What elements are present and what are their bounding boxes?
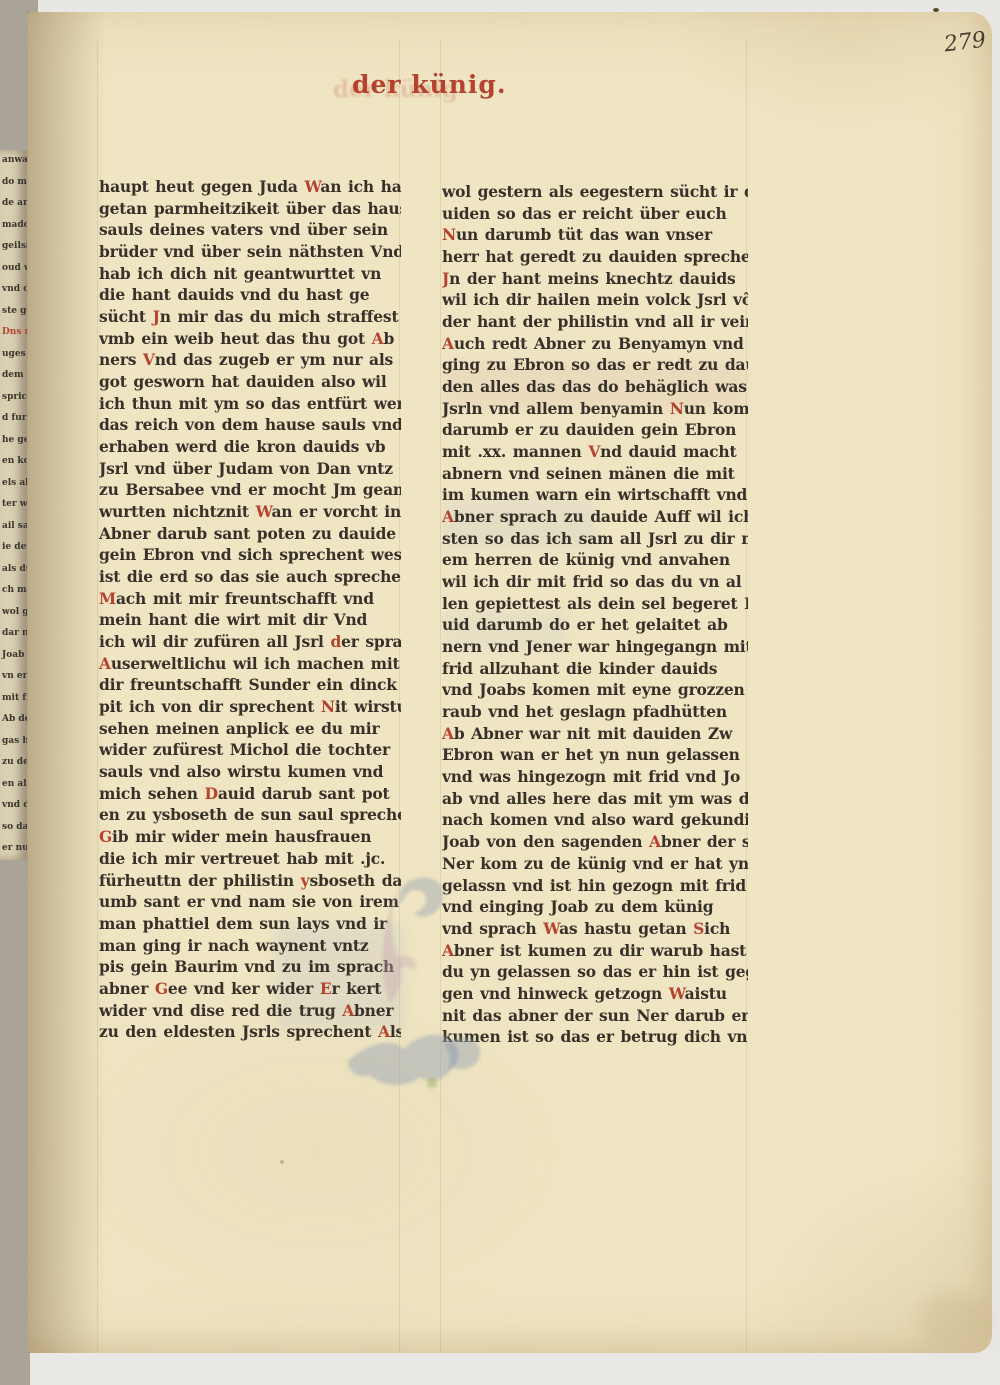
rubricated-letter: A [99, 654, 111, 673]
rubricated-letter: V [143, 350, 155, 369]
text-line: en konde [0, 451, 27, 473]
text-line: herr hat geredt zu dauiden sprechet [442, 246, 748, 268]
text-line: wurtten nichtznit Wan er vorcht in [99, 501, 401, 523]
rubric-heading: der künig. [352, 70, 507, 99]
manuscript-page: der künig der künig. 279 haupt heut gege… [28, 12, 992, 1353]
rubricated-letter: M [99, 589, 116, 608]
text-line: pit ich von dir sprechent Nit wirstu [99, 696, 401, 718]
text-line: Jn der hant meins knechtz dauids [442, 268, 748, 290]
text-line: im kumen warn ein wirtschafft vnd [442, 484, 748, 506]
text-line: vnd der [0, 795, 27, 817]
rubricated-letter: N [442, 225, 456, 244]
text-line: Abner darub sant poten zu dauide [99, 523, 401, 545]
ink-speck [933, 8, 939, 12]
text-line: sprichen [0, 387, 27, 409]
text-line: mich sehen Dauid darub sant pot [99, 783, 401, 805]
rubricated-letter: V [588, 442, 600, 461]
text-line: er nun [0, 838, 27, 860]
text-line: Abner sprach zu dauide Auff wil ich [442, 506, 748, 528]
rubricated-letter: E [320, 979, 332, 998]
text-line: gas hat [0, 731, 27, 753]
gutter-shadow [28, 12, 106, 1353]
text-line: Ab Abner war nit mit dauiden Zw [442, 723, 748, 745]
text-line: Ebron wan er het yn nun gelassen [442, 744, 748, 766]
text-line: ie dem [0, 537, 27, 559]
text-line: wol geta [0, 602, 27, 624]
text-line: geilss ort [0, 236, 27, 258]
rubricated-letter: W [256, 502, 272, 521]
rubricated-letter: S [693, 919, 704, 938]
manuscript-photo: anwan wdo mantde antemadolatgeilss ortou… [0, 0, 1000, 1385]
rubricated-letter: y [301, 871, 310, 890]
rubricated-letter: N [670, 399, 684, 418]
text-line: ners Vnd das zugeb er ym nur als [99, 349, 401, 371]
rubricated-letter: A [442, 334, 454, 353]
text-line: vnd was hingezogn mit frid vnd Jo [442, 766, 748, 788]
rubricated-letter: G [99, 827, 112, 846]
text-line: Ab des [0, 709, 27, 731]
text-line: Auch redt Abner zu Benyamyn vnd [442, 333, 748, 355]
text-line: wol gestern als eegestern sücht ir da [442, 181, 748, 203]
text-line: wider zufürest Michol die tochter [99, 739, 401, 761]
rubricated-letter: J [153, 307, 160, 326]
text-line: den alles das das do behäglich was [442, 376, 748, 398]
foliate-flourish-showthrough [340, 865, 500, 1115]
text-line: dem hail [0, 365, 27, 387]
text-line: vn er de [0, 666, 27, 688]
text-line: ail sam [0, 516, 27, 538]
text-line: uiden so das er reicht über euch [442, 203, 748, 225]
text-line: de ante [0, 193, 27, 215]
text-line: mit frid [0, 688, 27, 710]
text-line: das reich von dem hause sauls vnd [99, 414, 401, 436]
folio-number: 279 [943, 28, 988, 58]
text-line: got gesworn hat dauiden also wil [99, 371, 401, 393]
text-line: do mant [0, 172, 27, 194]
text-line: darumb er zu dauiden gein Ebron [442, 419, 748, 441]
text-line: em herren de künig vnd anvahen [442, 549, 748, 571]
text-line: ich thun mit ym so das entfürt werd [99, 393, 401, 415]
text-line: en zu ysboseth de sun saul sprechet [99, 804, 401, 826]
text-line: Joab sp [0, 645, 27, 667]
text-line: so das [0, 817, 27, 839]
rubricated-letter: D [205, 784, 218, 803]
text-line: nern vnd Jener war hingegangn mit [442, 636, 748, 658]
text-line: els abid [0, 473, 27, 495]
book-edge-bottom [30, 1352, 1000, 1385]
rubricated-letter: A [442, 507, 454, 526]
text-line: ter wid [0, 494, 27, 516]
text-line: Joab von den sagenden Abner der sun [442, 831, 748, 853]
text-line: Nun darumb tüt das wan vnser [442, 224, 748, 246]
stain-blotch [918, 1292, 988, 1347]
text-line: madolat [0, 215, 27, 237]
text-line: zu Bersabee vnd er mocht Jm geant [99, 479, 401, 501]
rubricated-letter: J [442, 269, 449, 288]
text-line: gein Ebron vnd sich sprechent wes [99, 544, 401, 566]
text-line: wil ich dir hailen mein volck Jsrl võ [442, 289, 748, 311]
text-line: len gepiettest als dein sel begeret Da [442, 593, 748, 615]
text-line: ist die erd so das sie auch sprechend [99, 566, 401, 588]
text-line: erhaben werd die kron dauids vb [99, 436, 401, 458]
text-line: Jsrl vnd über Judam von Dan vntz [99, 458, 401, 480]
text-line: mein hant die wirt mit dir Vnd [99, 609, 401, 631]
text-line: Jsrln vnd allem benyamin Nun kom [442, 398, 748, 420]
text-line: ste gein Eb [0, 301, 27, 323]
rubricated-letter: G [155, 979, 168, 998]
text-line: brüder vnd über sein näthsten Vnd [99, 241, 401, 263]
text-line: d fursche [0, 408, 27, 430]
text-line: vmb ein weib heut das thu got Ab [99, 328, 401, 350]
text-line: sauls vnd also wirstu kumen vnd [99, 761, 401, 783]
rubricated-letter: A [372, 329, 384, 348]
text-line: anwan w [0, 150, 27, 172]
text-line: ch mide [0, 580, 27, 602]
text-line: sauls deines vaters vnd über sein [99, 219, 401, 241]
rubricated-letter: A [442, 724, 454, 743]
rubricated-letter: W [669, 984, 685, 1003]
text-line: vnd Joabs komen mit eyne grozzen [442, 679, 748, 701]
text-line: hab ich dich nit geantwurttet vn [99, 263, 401, 285]
text-line: Mach mit mir freuntschafft vnd [99, 588, 401, 610]
book-edge-right [991, 0, 1000, 1385]
text-line: zu dem [0, 752, 27, 774]
ruling-line-left-outer [97, 40, 98, 1352]
rubricated-letter: N [321, 697, 335, 716]
text-line: raub vnd het geslagn pfadhütten [442, 701, 748, 723]
ruling-line-right-inner [440, 40, 441, 1352]
text-line: en alls [0, 774, 27, 796]
rubricated-letter: W [304, 177, 320, 196]
text-line: die hant dauids vnd du hast ge [99, 284, 401, 306]
text-line: nach komen vnd also ward gekundigt [442, 809, 748, 831]
text-line: Auserweltlichu wil ich machen mit [99, 653, 401, 675]
text-line: ging zu Ebron so das er redt zu daui [442, 354, 748, 376]
text-line: ab vnd alles here das mit ym was dar [442, 788, 748, 810]
text-line: frid allzuhant die kinder dauids [442, 658, 748, 680]
text-line: uid darumb do er het gelaitet ab [442, 614, 748, 636]
text-line: dir freuntschafft Sunder ein dinck [99, 674, 401, 696]
text-line: uges kvn [0, 344, 27, 366]
text-line: dar nati [0, 623, 27, 645]
rubricated-letter: Dns nug Cal [2, 327, 27, 337]
text-line: mit .xx. mannen Vnd dauid macht [442, 441, 748, 463]
rubricated-letter: W [543, 919, 559, 938]
text-line: sücht Jn mir das du mich straffest [99, 306, 401, 328]
rubricated-letter: d [330, 632, 341, 651]
rubricated-letter: A [649, 832, 661, 851]
text-line: oud wund [0, 258, 27, 280]
text-line: wil ich dir mit frid so das du vn al [442, 571, 748, 593]
facing-page-sliver: anwan wdo mantde antemadolatgeilss ortou… [0, 150, 27, 860]
text-line: Dns nug Cal [0, 322, 27, 344]
text-line: ich wil dir zufüren all Jsrl der sprach [99, 631, 401, 653]
text-line: sehen meinen anplick ee du mir [99, 718, 401, 740]
text-line: he geno [0, 430, 27, 452]
text-line: getan parmheitzikeit über das haus [99, 198, 401, 220]
stain-speck [280, 1160, 284, 1164]
text-line: der hant der philistin vnd all ir veint [442, 311, 748, 333]
text-line: abnern vnd seinen mänen die mit [442, 463, 748, 485]
text-line: haupt heut gegen Juda Wan ich hab [99, 176, 401, 198]
text-line: als dud [0, 559, 27, 581]
text-line: sten so das ich sam all Jsrl zu dir mei [442, 528, 748, 550]
text-line: vnd o d t [0, 279, 27, 301]
text-line: Gib mir wider mein hausfrauen [99, 826, 401, 848]
